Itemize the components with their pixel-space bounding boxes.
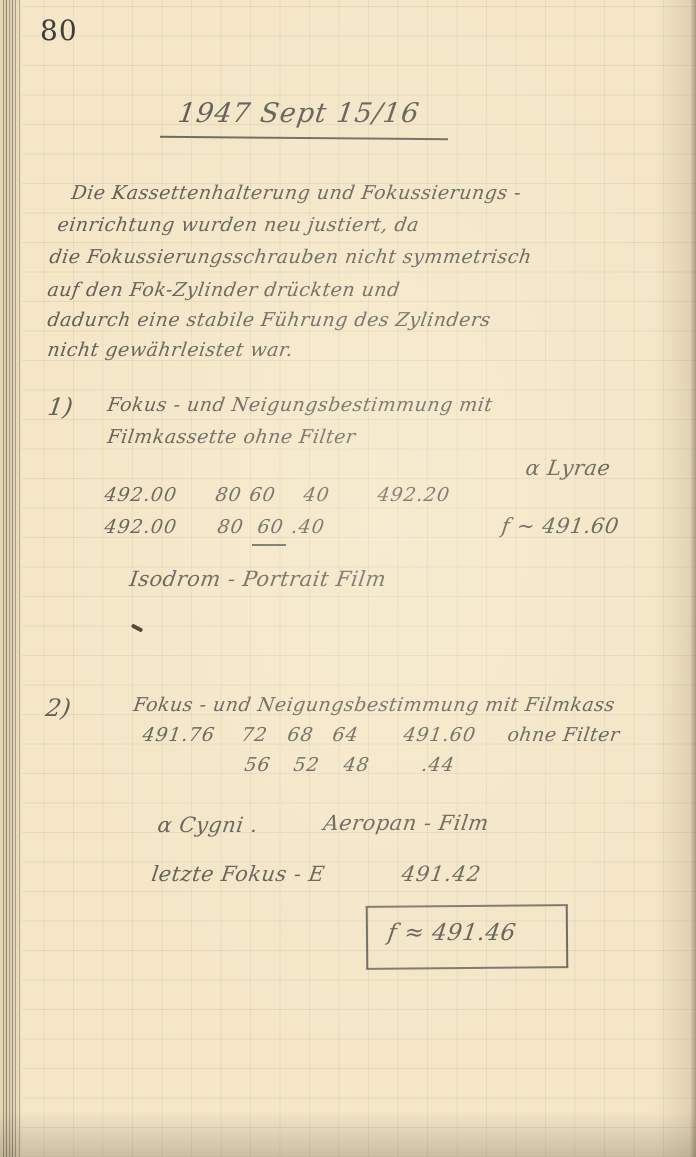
page-number: 80	[40, 14, 78, 47]
ink-mark	[131, 623, 143, 632]
binding-edge	[0, 0, 22, 1157]
s2-row2-c4: .44	[420, 754, 456, 776]
s2-row1-c5: 491.60	[402, 724, 478, 746]
section-1-heading-line-1: Fokus - und Neigungsbestimmung mit	[106, 394, 494, 416]
intro-line-5: dadurch eine stabile Führung des Zylinde…	[46, 309, 492, 331]
section-1-star: α Lyrae	[524, 456, 612, 480]
s2-row1-c3: 68	[286, 724, 315, 746]
s2-row1-note: ohne Filter	[506, 724, 621, 746]
s1-row1-c2: 80	[214, 484, 243, 506]
last-focus-value: 491.42	[400, 862, 483, 886]
s1-row2-c3: 60	[256, 516, 285, 538]
s2-row2-c3: 48	[342, 754, 371, 776]
boxed-result: f ≈ 491.46	[386, 920, 518, 946]
section-1-heading-line-2: Filmkassette ohne Filter	[106, 426, 357, 448]
s1-row1-c5: 492.20	[376, 484, 452, 506]
s1-row1-c3: 60	[248, 484, 277, 506]
s2-row2-c1: 56	[243, 754, 272, 776]
entry-date: 1947 Sept 15/16	[176, 98, 422, 129]
s2-row1-c4: 64	[331, 724, 360, 746]
section-1-result: f ~ 491.60	[500, 514, 621, 538]
date-underline	[160, 136, 448, 141]
s2-row2-c2: 52	[292, 754, 321, 776]
last-focus-label: letzte Fokus - E	[150, 862, 326, 886]
s1-row1-c4: 40	[302, 484, 331, 506]
section-1-film: Isodrom - Portrait Film	[128, 567, 388, 591]
notebook-page: 80 1947 Sept 15/16 Die Kassettenhalterun…	[0, 0, 696, 1157]
section-2-film: Aeropan - Film	[322, 811, 491, 835]
s1-row2-c4: .40	[290, 516, 326, 538]
s2-row1-c1: 491.76	[141, 724, 217, 746]
intro-line-4: auf den Fok-Zylinder drückten und	[46, 279, 401, 301]
s1-row2-c2: 80	[216, 516, 245, 538]
intro-line-1: Die Kassettenhalterung und Fokussierungs…	[70, 182, 523, 204]
section-1-number: 1)	[46, 393, 75, 421]
intro-line-3: die Fokussierungsschrauben nicht symmetr…	[48, 246, 533, 268]
section-2-number: 2)	[44, 694, 73, 722]
section-2-star: α Cygni .	[156, 813, 260, 837]
s1-row1-c1: 492.00	[103, 484, 179, 506]
page-edge-shadow	[690, 0, 696, 1157]
s2-row1-c2: 72	[240, 724, 269, 746]
intro-line-6: nicht gewährleistet war.	[46, 339, 295, 361]
s1-row2-c1: 492.00	[103, 516, 179, 538]
section-2-heading: Fokus - und Neigungsbestimmung mit Filmk…	[132, 694, 616, 716]
intro-line-2: einrichtung wurden neu justiert, da	[56, 214, 421, 236]
value-underline	[252, 544, 286, 546]
